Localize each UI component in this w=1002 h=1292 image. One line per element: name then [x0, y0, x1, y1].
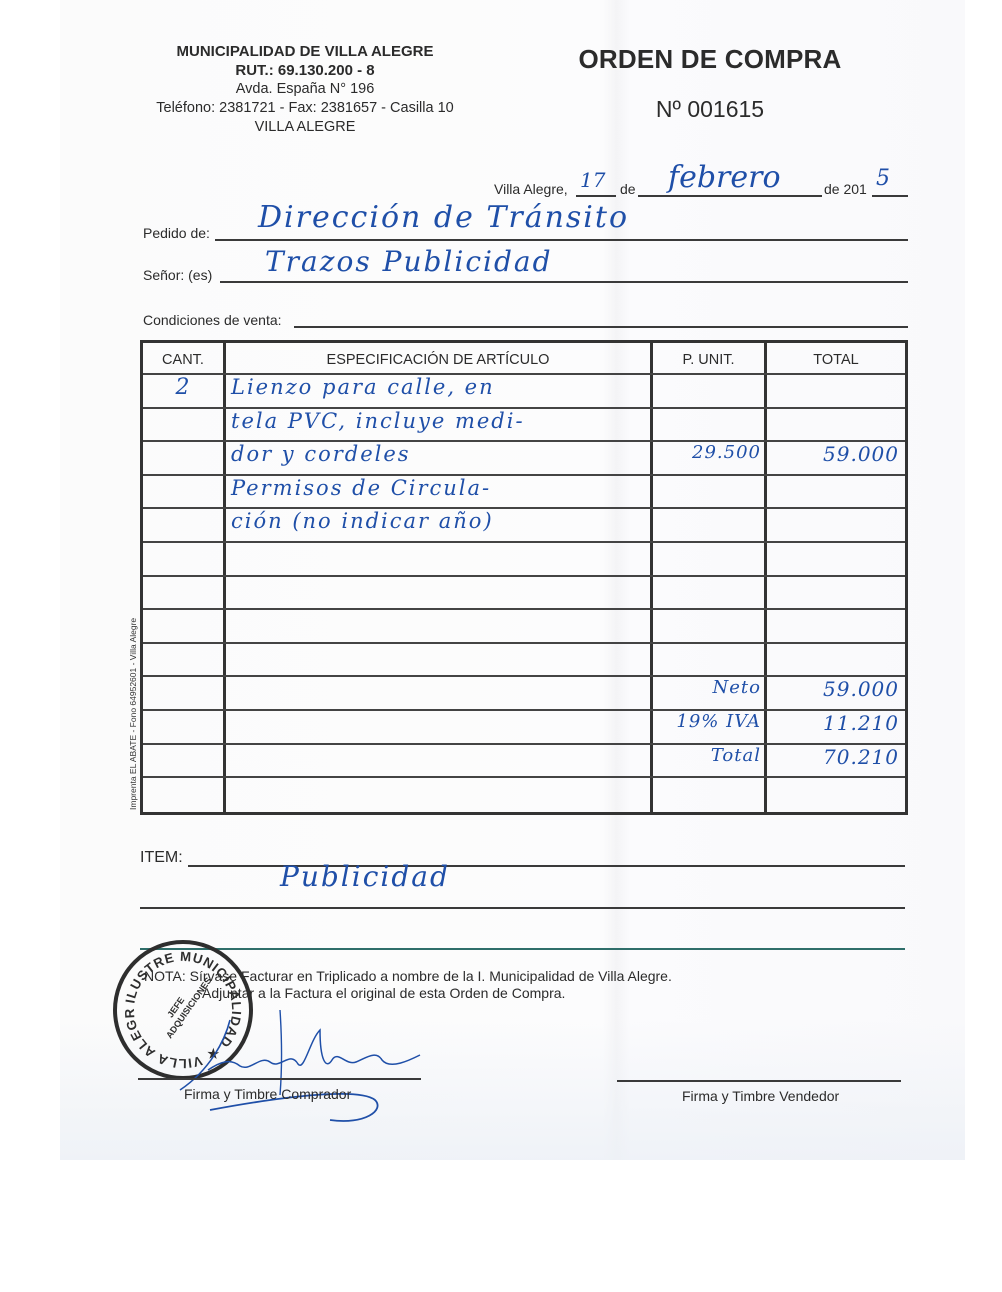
- org-address: Avda. España N° 196: [130, 80, 480, 99]
- pedido-value: Dirección de Tránsito: [258, 200, 629, 235]
- printer-imprint: Imprenta EL ABATE - Fono 64952601 - Vill…: [128, 618, 138, 810]
- item-value: Publicidad: [280, 860, 450, 893]
- buyer-signature-line: [138, 1078, 421, 1080]
- date-day: 17: [580, 168, 605, 192]
- table-cell-spec: dor y cordeles: [231, 442, 650, 466]
- date-year-prefix: de 201: [824, 181, 867, 197]
- header-cant: CANT.: [143, 352, 223, 368]
- item-label: ITEM:: [140, 849, 183, 867]
- row-divider: [143, 608, 905, 610]
- items-table: CANT. ESPECIFICACIÓN DE ARTÍCULO P. UNIT…: [140, 340, 908, 815]
- date-prefix: Villa Alegre,: [494, 181, 568, 197]
- organization-header: MUNICIPALIDAD DE VILLA ALEGRE RUT.: 69.1…: [130, 42, 480, 137]
- senor-value: Trazos Publicidad: [265, 245, 553, 278]
- table-cell-cant: 2: [143, 375, 223, 400]
- header-total: TOTAL: [767, 352, 905, 368]
- seller-signature-line: [617, 1080, 901, 1082]
- pedido-label: Pedido de:: [143, 225, 210, 241]
- year-line: [872, 195, 908, 197]
- org-city: VILLA ALEGRE: [130, 118, 480, 137]
- document-number: Nº 001615: [560, 96, 860, 123]
- buyer-signature-label: Firma y Timbre Comprador: [184, 1086, 351, 1102]
- day-line: [576, 195, 616, 197]
- table-cell-unit: Total: [653, 745, 761, 766]
- table-cell-spec: ción (no indicar año): [231, 509, 650, 533]
- buyer-signature-icon: [170, 1000, 450, 1125]
- senor-line: [220, 281, 908, 283]
- document-title: ORDEN DE COMPRA: [560, 44, 860, 75]
- table-cell-unit: 29.500: [653, 442, 761, 463]
- header-especificacion: ESPECIFICACIÓN DE ARTÍCULO: [226, 352, 650, 368]
- row-divider: [143, 575, 905, 577]
- table-cell-spec: tela PVC, incluye medi-: [231, 409, 650, 433]
- table-cell-spec: Permisos de Circula-: [231, 476, 650, 500]
- month-line: [638, 195, 822, 197]
- senor-label: Señor: (es): [143, 267, 212, 283]
- row-divider: [143, 642, 905, 644]
- condiciones-label: Condiciones de venta:: [143, 312, 282, 328]
- table-cell-unit: 19% IVA: [653, 711, 761, 732]
- org-rut: RUT.: 69.130.200 - 8: [130, 61, 480, 80]
- row-divider: [143, 776, 905, 778]
- table-cell-total: 11.210: [767, 711, 899, 735]
- header-p-unit: P. UNIT.: [653, 352, 764, 368]
- condiciones-line: [294, 326, 908, 328]
- table-cell-unit: Neto: [653, 677, 761, 698]
- org-contact: Teléfono: 2381721 - Fax: 2381657 - Casil…: [130, 99, 480, 118]
- table-cell-total: 59.000: [767, 677, 899, 701]
- pedido-line: [215, 239, 908, 241]
- table-cell-spec: Lienzo para calle, en: [231, 375, 650, 399]
- date-de: de: [620, 181, 636, 197]
- table-cell-total: 70.210: [767, 745, 899, 769]
- date-year-digit: 5: [876, 166, 890, 191]
- org-name: MUNICIPALIDAD DE VILLA ALEGRE: [130, 42, 480, 61]
- seller-signature-label: Firma y Timbre Vendedor: [682, 1088, 839, 1104]
- table-cell-total: 59.000: [767, 442, 899, 466]
- row-divider: [143, 541, 905, 543]
- item-line-3: [140, 948, 905, 950]
- date-month: febrero: [668, 160, 781, 195]
- item-line-2: [140, 907, 905, 909]
